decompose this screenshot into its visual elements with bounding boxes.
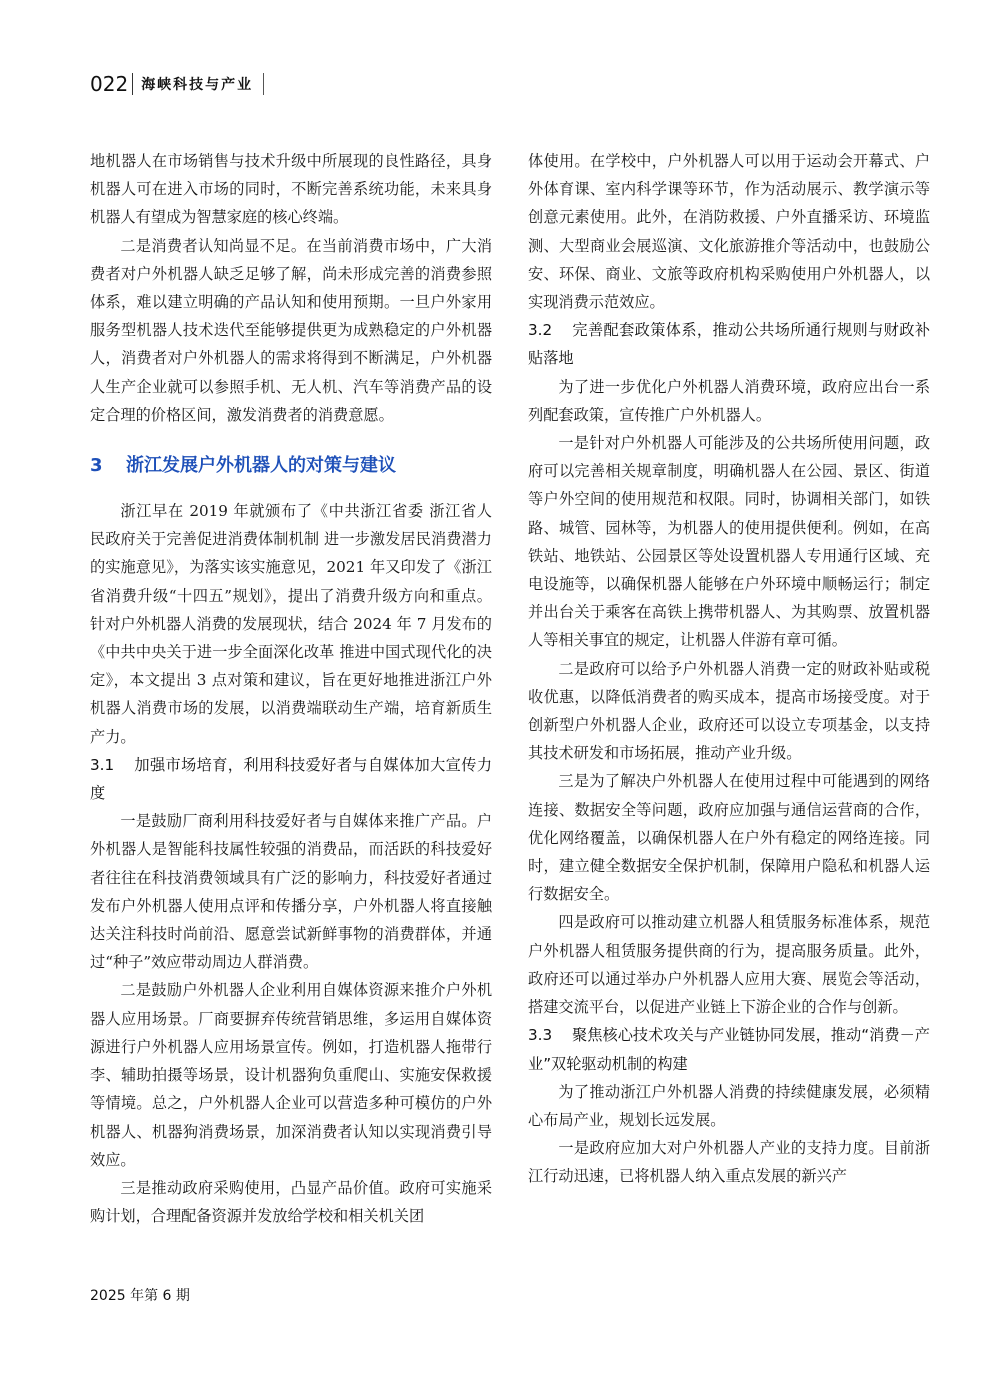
subsection-title: 完善配套政策体系，推动公共场所通行规则与财政补贴落地 xyxy=(528,321,930,367)
paragraph: 二是鼓励户外机器人企业利用自媒体资源来推介户外机器人应用场景。厂商要摒弃传统营销… xyxy=(90,976,492,1173)
paragraph: 浙江早在 2019 年就颁布了《中共浙江省委 浙江省人民政府关于完善促进消费体制… xyxy=(90,497,492,751)
subsection-heading-3-3: 3.3聚焦核心技术攻关与产业链协同发展，推动“消费－产业”双轮驱动机制的构建 xyxy=(528,1021,930,1077)
paragraph: 四是政府可以推动建立机器人租赁服务标准体系，规范户外机器人租赁服务提供商的行为，… xyxy=(528,908,930,1021)
paragraph: 三是为了解决户外机器人在使用过程中可能遇到的网络连接、数据安全等问题，政府应加强… xyxy=(528,767,930,908)
subsection-number: 3.1 xyxy=(90,751,134,779)
header-divider xyxy=(132,73,133,95)
paragraph: 二是政府可以给予户外机器人消费一定的财政补贴或税收优惠，以降低消费者的购买成本，… xyxy=(528,655,930,768)
paragraph: 二是消费者认知尚显不足。在当前消费市场中，广大消费者对户外机器人缺乏足够了解，尚… xyxy=(90,232,492,429)
paragraph: 一是针对户外机器人可能涉及的公共场所使用问题，政府可以完善相关规章制度，明确机器… xyxy=(528,429,930,655)
paragraph: 三是推动政府采购使用，凸显产品价值。政府可实施采购计划，合理配备资源并发放给学校… xyxy=(90,1174,492,1230)
journal-title: 海峡科技与产业 xyxy=(141,74,253,94)
left-column: 地机器人在市场销售与技术升级中所展现的良性路径，具身机器人可在进入市场的同时，不… xyxy=(90,147,492,1230)
header-divider-right xyxy=(263,73,264,95)
running-header: 022 海峡科技与产业 xyxy=(90,70,264,98)
subsection-title: 聚焦核心技术攻关与产业链协同发展，推动“消费－产业”双轮驱动机制的构建 xyxy=(528,1026,930,1072)
section-heading-3: 3浙江发展户外机器人的对策与建议 xyxy=(90,451,492,481)
subsection-title: 加强市场培育，利用科技爱好者与自媒体加大宣传力度 xyxy=(90,756,492,802)
page-number: 022 xyxy=(90,72,128,96)
paragraph: 地机器人在市场销售与技术升级中所展现的良性路径，具身机器人可在进入市场的同时，不… xyxy=(90,147,492,232)
section-title: 浙江发展户外机器人的对策与建议 xyxy=(126,455,396,476)
subsection-number: 3.3 xyxy=(528,1021,572,1049)
subsection-number: 3.2 xyxy=(528,316,572,344)
issue-footer: 2025 年第 6 期 xyxy=(90,1285,190,1305)
paragraph: 一是鼓励厂商利用科技爱好者与自媒体来推广产品。户外机器人是智能科技属性较强的消费… xyxy=(90,807,492,976)
right-column: 体使用。在学校中，户外机器人可以用于运动会开幕式、户外体育课、室内科学课等环节，… xyxy=(528,147,930,1191)
paragraph: 为了进一步优化户外机器人消费环境，政府应出台一系列配套政策，宣传推广户外机器人。 xyxy=(528,373,930,429)
paragraph: 一是政府应加大对户外机器人产业的支持力度。目前浙江行动迅速，已将机器人纳入重点发… xyxy=(528,1134,930,1190)
section-number: 3 xyxy=(90,451,126,481)
subsection-heading-3-1: 3.1加强市场培育，利用科技爱好者与自媒体加大宣传力度 xyxy=(90,751,492,807)
paragraph: 为了推动浙江户外机器人消费的持续健康发展，必须精心布局产业，规划长远发展。 xyxy=(528,1078,930,1134)
subsection-heading-3-2: 3.2完善配套政策体系，推动公共场所通行规则与财政补贴落地 xyxy=(528,316,930,372)
paragraph: 体使用。在学校中，户外机器人可以用于运动会开幕式、户外体育课、室内科学课等环节，… xyxy=(528,147,930,316)
